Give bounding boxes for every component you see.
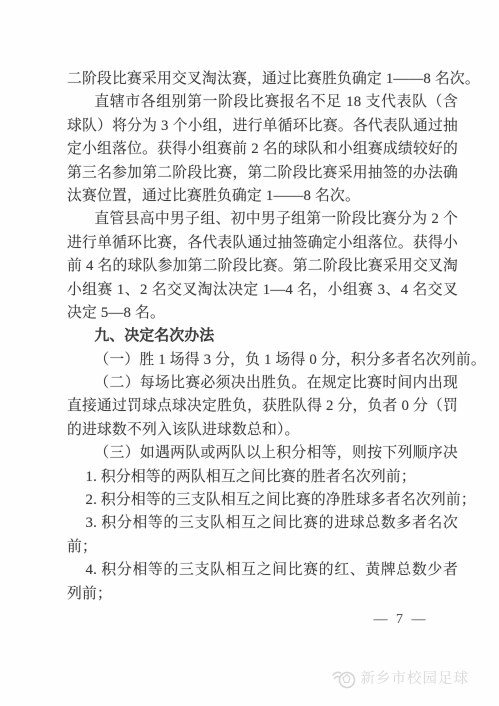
text-line: 定小组落位。获得小组赛前 2 名的球队和小组赛成绩较好的 2 个 xyxy=(67,138,458,161)
text-line: 进行单循环比赛，各代表队通过抽签确定小组落位。获得小组赛 xyxy=(67,232,458,255)
text-line: 的进球数不列入该队进球数总和）。 xyxy=(67,419,458,442)
text-line: 小组赛 1、2 名交叉淘汰决定 1—4 名，小组赛 3、4 名交叉淘汰赛 xyxy=(67,279,458,302)
document-body: 二阶段比赛采用交叉淘汰赛，通过比赛胜负确定 1——8 名次。直辖市各组别第一阶段… xyxy=(67,68,458,606)
section-heading: 九、决定名次办法 xyxy=(67,325,458,348)
text-line: 前； xyxy=(67,536,458,559)
text-line: 直管县高中男子组、初中男子组第一阶段比赛分为 2 个组， xyxy=(67,208,458,231)
text-line: 第三名参加第二阶段比赛，第二阶段比赛采用抽签的办法确定淘 xyxy=(67,162,458,185)
text-line: 决定 5—8 名。 xyxy=(67,302,458,325)
text-line: 4. 积分相等的三支队相互之间比赛的红、黄牌总数少者名次 xyxy=(67,559,458,582)
text-line: 汰赛位置，通过比赛胜负确定 1——8 名次。 xyxy=(67,185,458,208)
text-line: 前 4 名的球队参加第二阶段比赛。第二阶段比赛采用交叉淘汰赛， xyxy=(67,255,458,278)
watermark-text: 新乡市校园足球 xyxy=(361,667,470,691)
text-line: 球队）将分为 3 个小组，进行单循环比赛。各代表队通过抽签确 xyxy=(67,115,458,138)
text-line: 列前； xyxy=(67,583,458,606)
text-line: （三）如遇两队或两队以上积分相等，则按下列顺序决定名次: xyxy=(67,442,458,465)
text-line: 3. 积分相等的三支队相互之间比赛的进球总数多者名次列 xyxy=(67,512,458,535)
text-line: 1. 积分相等的两队相互之间比赛的胜者名次列前； xyxy=(67,466,458,489)
text-line: 二阶段比赛采用交叉淘汰赛，通过比赛胜负确定 1——8 名次。 xyxy=(67,68,458,91)
page-number: — 7 — xyxy=(374,609,429,631)
text-line: （二）每场比赛必须决出胜负。在规定比赛时间内出现平局， xyxy=(67,372,458,395)
text-line: （一）胜 1 场得 3 分，负 1 场得 0 分，积分多者名次列前。 xyxy=(67,349,458,372)
football-logo-icon xyxy=(331,668,358,690)
text-line: 直接通过罚球点球决定胜负，获胜队得 2 分，负者 0 分（罚点球 xyxy=(67,395,458,418)
text-line: 直辖市各组别第一阶段比赛报名不足 18 支代表队（含 18 支 xyxy=(67,91,458,114)
watermark: 新乡市校园足球 xyxy=(331,667,470,691)
text-line: 2. 积分相等的三支队相互之间比赛的净胜球多者名次列前； xyxy=(67,489,458,512)
page: { "page": { "background": "#fefefe", "te… xyxy=(0,0,499,706)
